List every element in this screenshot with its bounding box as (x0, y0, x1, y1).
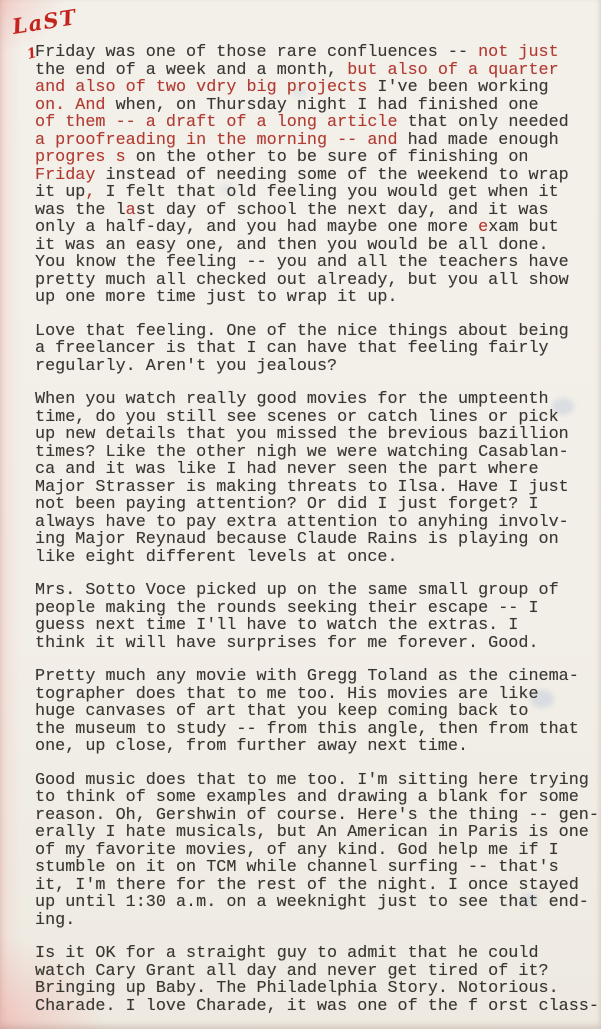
typed-line: Is it OK for a straight guy to admit tha… (35, 945, 599, 963)
typed-line: Charade. I love Charade, it was one of t… (35, 998, 599, 1016)
typed-text-segment: up until 1:30 a.m. on a weeknight just t… (35, 893, 589, 912)
typed-text-segment: up new details that you missed the brevi… (35, 425, 569, 444)
typed-text-segment: it was an easy one, and then you would b… (35, 236, 549, 255)
paragraph: Mrs. Sotto Voce picked up on the same sm… (35, 582, 599, 652)
typed-text-segment: You know the feeling -- you and all the … (35, 253, 569, 272)
typed-line: ing. (35, 912, 599, 930)
typed-text-segment: like eight different levels at once. (35, 548, 398, 567)
typed-text-segment: Good music does that to me too. I'm sitt… (35, 771, 589, 790)
typed-text-segment: Friday (35, 166, 106, 185)
typed-line: huge canvases of art that you keep comin… (35, 703, 599, 721)
typed-line: a proofreading in the morning -- and had… (35, 132, 599, 150)
typed-line: When you watch really good movies for th… (35, 391, 599, 409)
typed-line: Good music does that to me too. I'm sitt… (35, 772, 599, 790)
typed-line: people making the rounds seeking their e… (35, 600, 599, 618)
typed-text-segment: not been paying attention? Or did I just… (35, 495, 539, 514)
typed-text-segment: and also of two vdry big projects (35, 78, 377, 97)
typed-text-segment: not just (478, 43, 559, 62)
typed-text-segment: Pretty much any movie with Gregg Toland … (35, 667, 579, 686)
typed-text-segment: When you watch really good movies for th… (35, 390, 549, 409)
paragraph: Love that feeling. One of the nice thing… (35, 323, 599, 376)
typed-line: only a half-day, and you had maybe one m… (35, 219, 599, 237)
typed-text-segment: watch Cary Grant all day and never get t… (35, 962, 549, 981)
typed-line: times? Like the other nigh we were watch… (35, 444, 599, 462)
typed-line: progres s on the other to be sure of fin… (35, 149, 599, 167)
typed-text-segment: Mrs. Sotto Voce picked up on the same sm… (35, 581, 559, 600)
typed-text-segment: only a half-day, and you had maybe one m… (35, 218, 478, 237)
typed-text-segment: a proofreading in the morning -- and (35, 131, 408, 150)
typed-text-segment: of them -- a draft of a long article (35, 113, 408, 132)
typed-text-segment: , (85, 183, 95, 202)
typed-text-segment: think it will have surprises for me fore… (35, 634, 539, 653)
typed-line: the museum to study -- from this angle, … (35, 721, 599, 739)
typed-line: Pretty much any movie with Gregg Toland … (35, 668, 599, 686)
typed-text-segment: I've been working (377, 78, 548, 97)
typed-text-segment: on the other to be sure of finishing on (136, 148, 529, 167)
typed-text-segment: the museum to study -- from this angle, … (35, 720, 579, 739)
typed-text-segment: Major Strasser is making threats to Ilsa… (35, 478, 569, 497)
typed-line: up one more time just to wrap it up. (35, 289, 599, 307)
typed-line: it was an easy one, and then you would b… (35, 237, 599, 255)
typed-text-segment: I felt that old feeling you would get wh… (95, 183, 558, 202)
typed-text-segment: Love that feeling. One of the nice thing… (35, 322, 569, 341)
typed-line: of my favorite movies, of any kind. God … (35, 842, 599, 860)
paragraph: Pretty much any movie with Gregg Toland … (35, 668, 599, 756)
typed-line: not been paying attention? Or did I just… (35, 496, 599, 514)
typed-line: it up, I felt that old feeling you would… (35, 184, 599, 202)
typed-text-segment: was the l (35, 201, 126, 220)
typed-text-segment: a freelancer is that I can have that fee… (35, 339, 549, 358)
typed-text-segment: Bringing up Baby. The Philadelphia Story… (35, 979, 559, 998)
typed-text-segment: to think of some examples and drawing a … (35, 788, 579, 807)
typed-line: and also of two vdry big projects I've b… (35, 79, 599, 97)
typed-line: of them -- a draft of a long article tha… (35, 114, 599, 132)
typed-line: watch Cary Grant all day and never get t… (35, 963, 599, 981)
typed-line: think it will have surprises for me fore… (35, 635, 599, 653)
typed-line: erally I hate musicals, but An American … (35, 824, 599, 842)
typed-text-segment: instead of needing some of the weekend t… (106, 166, 569, 185)
typed-text-segment: e (478, 218, 488, 237)
typed-text-segment: st day of school the next day, and it wa… (136, 201, 549, 220)
typed-line: reason. Oh, Gershwin of course. Here's t… (35, 807, 599, 825)
typed-text-segment: on. And (35, 96, 116, 115)
typed-line: was the last day of school the next day,… (35, 202, 599, 220)
typed-line: on. And when, on Thursday night I had fi… (35, 97, 599, 115)
typed-text-segment: it, I'm there for the rest of the night.… (35, 876, 579, 895)
typed-text-segment: the end of a week and a month, (35, 61, 347, 80)
paragraph: Is it OK for a straight guy to admit tha… (35, 945, 599, 1015)
typed-line: stumble on it on TCM while channel surfi… (35, 859, 599, 877)
typed-text-segment: progres s (35, 148, 136, 167)
typed-text-segment: Friday was one of those rare confluences… (35, 43, 478, 62)
letter-body: Friday was one of those rare confluences… (35, 44, 599, 1029)
typed-text-segment: up one more time just to wrap it up. (35, 288, 398, 307)
typed-line: ca and it was like I had never seen the … (35, 461, 599, 479)
typed-line: it, I'm there for the rest of the night.… (35, 877, 599, 895)
paragraph: Good music does that to me too. I'm sitt… (35, 772, 599, 930)
scanned-letter-page: LaST 1 Friday was one of those rare conf… (0, 0, 601, 1029)
typed-line: one, up close, from further away next ti… (35, 738, 599, 756)
typed-line: Major Strasser is making threats to Ilsa… (35, 479, 599, 497)
typed-text-segment: ing. (35, 911, 75, 930)
typed-line: up until 1:30 a.m. on a weeknight just t… (35, 894, 599, 912)
typed-text-segment: a (126, 201, 136, 220)
typed-text-segment: but also of a quarter (347, 61, 558, 80)
typed-text-segment: xam but (488, 218, 559, 237)
typed-line: regularly. Aren't you jealous? (35, 358, 599, 376)
typed-text-segment: of my favorite movies, of any kind. God … (35, 841, 559, 860)
paragraph: Friday was one of those rare confluences… (35, 44, 599, 307)
handwritten-note: LaST (10, 4, 78, 39)
typed-line: time, do you still see scenes or catch l… (35, 409, 599, 427)
typed-text-segment: that only needed (408, 113, 569, 132)
typed-line: guess next time I'll have to watch the e… (35, 617, 599, 635)
typed-line: Love that feeling. One of the nice thing… (35, 323, 599, 341)
typed-text-segment: Charade. I love Charade, it was one of t… (35, 997, 599, 1016)
typed-text-segment: had made enough (408, 131, 559, 150)
typed-line: to think of some examples and drawing a … (35, 789, 599, 807)
paragraph: When you watch really good movies for th… (35, 391, 599, 566)
typed-text-segment: guess next time I'll have to watch the e… (35, 616, 518, 635)
typed-text-segment: one, up close, from further away next ti… (35, 737, 468, 756)
typed-text-segment: it up (35, 183, 85, 202)
typed-text-segment: ing Major Reynaud because Claude Rains i… (35, 530, 559, 549)
typed-text-segment: pretty much all checked out already, but… (35, 271, 569, 290)
typed-line: You know the feeling -- you and all the … (35, 254, 599, 272)
typed-line: the end of a week and a month, but also … (35, 62, 599, 80)
typed-text-segment: regularly. Aren't you jealous? (35, 357, 337, 376)
typed-line: tographer does that to me too. His movie… (35, 686, 599, 704)
typed-text-segment: ca and it was like I had never seen the … (35, 460, 539, 479)
typed-line: a freelancer is that I can have that fee… (35, 340, 599, 358)
typed-text-segment: times? Like the other nigh we were watch… (35, 443, 569, 462)
typed-line: Friday was one of those rare confluences… (35, 44, 599, 62)
typed-line: like eight different levels at once. (35, 549, 599, 567)
typed-text-segment: Is it OK for a straight guy to admit tha… (35, 944, 539, 963)
typed-line: Bringing up Baby. The Philadelphia Story… (35, 980, 599, 998)
typed-text-segment: people making the rounds seeking their e… (35, 599, 539, 618)
typed-text-segment: always have to pay extra attention to an… (35, 513, 569, 532)
typed-line: up new details that you missed the brevi… (35, 426, 599, 444)
typed-line: ing Major Reynaud because Claude Rains i… (35, 531, 599, 549)
typed-text-segment: when, on Thursday night I had finished o… (116, 96, 539, 115)
typed-line: always have to pay extra attention to an… (35, 514, 599, 532)
typed-text-segment: reason. Oh, Gershwin of course. Here's t… (35, 806, 599, 825)
typed-line: Mrs. Sotto Voce picked up on the same sm… (35, 582, 599, 600)
typed-text-segment: erally I hate musicals, but An American … (35, 823, 589, 842)
typed-text-segment: tographer does that to me too. His movie… (35, 685, 539, 704)
typed-text-segment: huge canvases of art that you keep comin… (35, 702, 528, 721)
typed-text-segment: time, do you still see scenes or catch l… (35, 408, 559, 427)
typed-line: pretty much all checked out already, but… (35, 272, 599, 290)
typed-text-segment: stumble on it on TCM while channel surfi… (35, 858, 559, 877)
typed-line: Friday instead of needing some of the we… (35, 167, 599, 185)
